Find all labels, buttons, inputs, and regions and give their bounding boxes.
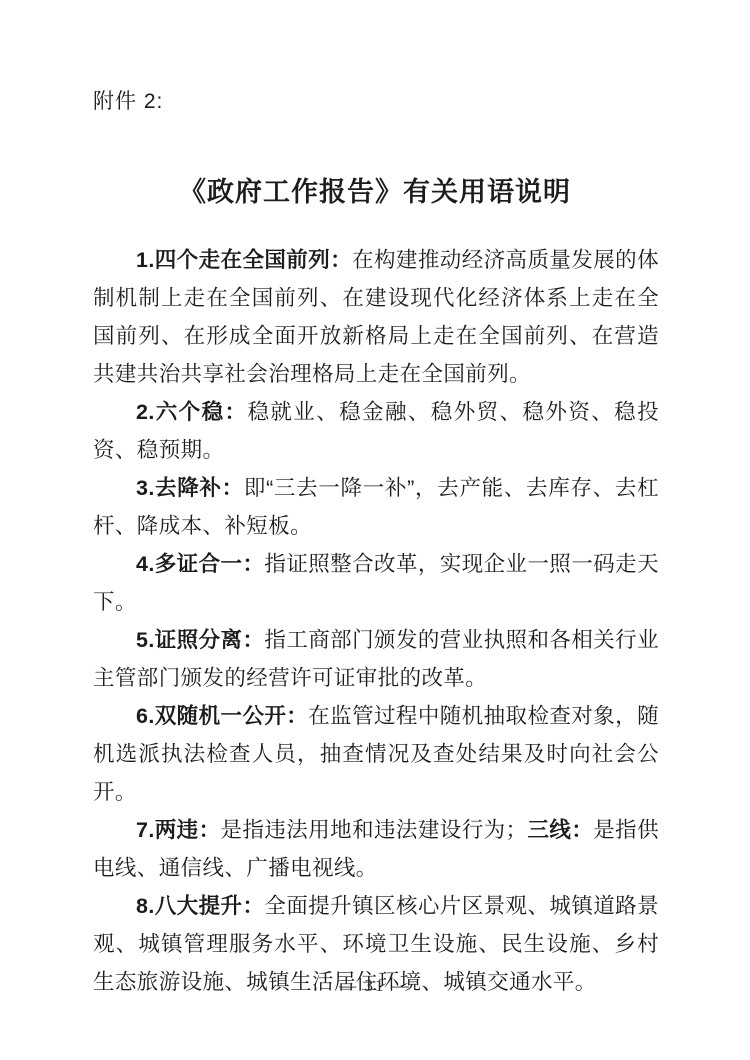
- document-body: 1.四个走在全国前列：在构建推动经济高质量发展的体制机制上走在全国前列、在建设现…: [93, 241, 659, 1001]
- term-paragraph: 4.多证合一：指证照整合改革，实现企业一照一码走天下。: [93, 545, 659, 621]
- term-paragraph: 6.双随机一公开：在监管过程中随机抽取检查对象，随机选派执法检查人员，抽查情况及…: [93, 697, 659, 811]
- term-label: 1.四个走在全国前列：: [136, 248, 352, 272]
- term-label: 5.证照分离：: [136, 628, 264, 652]
- term-definition: 是指违法用地和违法建设行为；: [221, 818, 528, 842]
- term-paragraph: 3.去降补：即“三去一降一补”，去产能、去库存、去杠杆、降成本、补短板。: [93, 469, 659, 545]
- term-label: 2.六个稳：: [136, 400, 247, 424]
- attachment-label: 附件 2:: [93, 88, 163, 116]
- term-paragraph: 7.两违：是指违法用地和违法建设行为；三线：是指供电线、通信线、广播电视线。: [93, 811, 659, 887]
- term-label: 4.多证合一：: [136, 552, 264, 576]
- page-number: — 31 —: [0, 976, 750, 996]
- term-paragraph: 1.四个走在全国前列：在构建推动经济高质量发展的体制机制上走在全国前列、在建设现…: [93, 241, 659, 393]
- document-page: 附件 2: 《政府工作报告》有关用语说明 1.四个走在全国前列：在构建推动经济高…: [0, 0, 750, 1060]
- document-title: 《政府工作报告》有关用语说明: [0, 174, 750, 210]
- term-paragraph: 2.六个稳：稳就业、稳金融、稳外贸、稳外资、稳投资、稳预期。: [93, 393, 659, 469]
- term-label: 6.双随机一公开：: [136, 704, 308, 728]
- term-label: 三线：: [527, 818, 593, 842]
- term-label: 8.八大提升：: [136, 894, 264, 918]
- term-paragraph: 5.证照分离：指工商部门颁发的营业执照和各相关行业主管部门颁发的经营许可证审批的…: [93, 621, 659, 697]
- term-label: 3.去降补：: [136, 476, 244, 500]
- term-label: 7.两违：: [136, 818, 221, 842]
